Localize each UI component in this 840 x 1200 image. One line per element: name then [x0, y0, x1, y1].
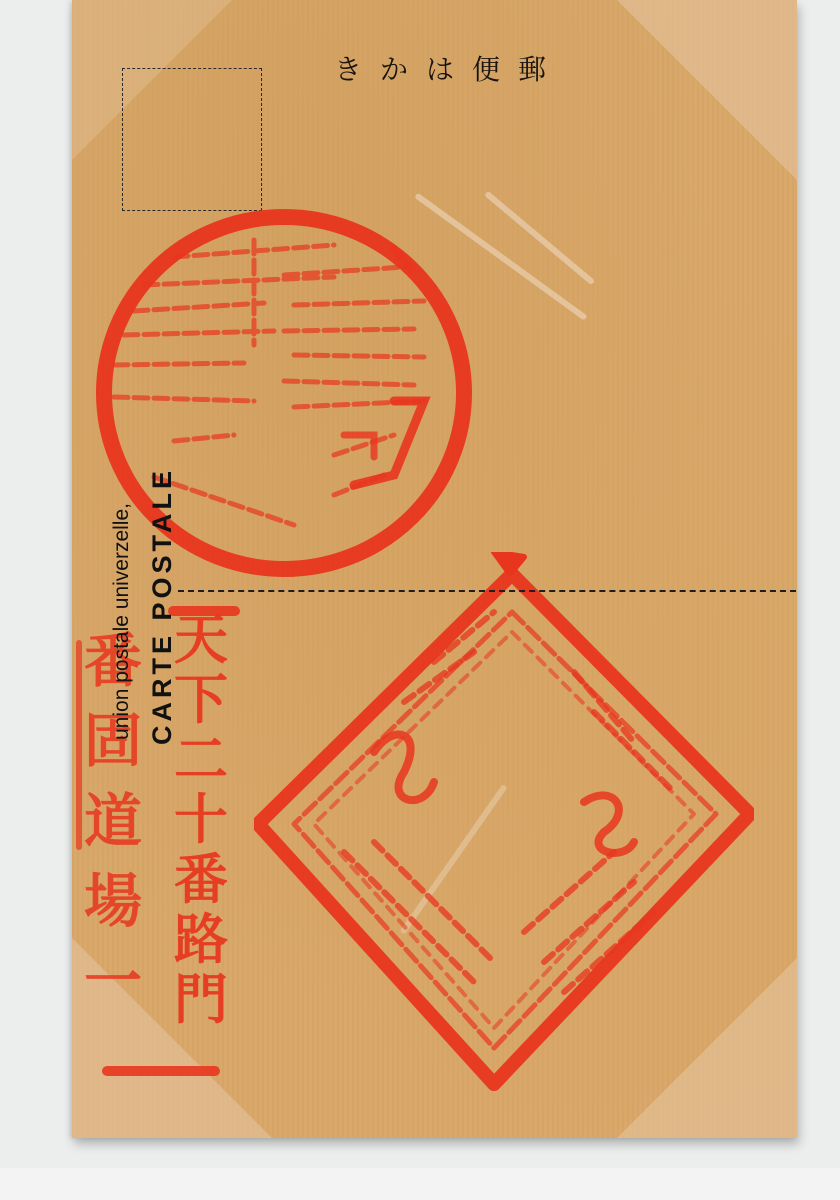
- corner-protector: [617, 0, 797, 180]
- seal-character: 二: [174, 732, 228, 786]
- postcard-title: きかは便郵: [334, 48, 564, 88]
- seal-character: 十: [174, 792, 228, 846]
- background-strip: [0, 1168, 840, 1200]
- seal-border-left: [76, 640, 82, 850]
- glare-streak: [484, 191, 595, 286]
- diamond-seal-icon: [254, 552, 754, 1092]
- seal-character: 路: [174, 912, 228, 966]
- seal-character: 門: [174, 972, 228, 1026]
- seal-bar: [168, 606, 240, 616]
- postcard: きかは便郵: [72, 0, 797, 1138]
- seal-bar: [102, 1066, 220, 1076]
- carte-postale-text: CARTE POSTALE: [147, 467, 178, 745]
- stamp-box: [122, 68, 262, 211]
- seal-column-right: 天 下 二 十 番 路 門: [174, 612, 228, 1026]
- union-postale-text: union postale univerzelle,: [110, 503, 134, 740]
- seal-character: 一: [84, 952, 142, 1010]
- seal-character: 道: [84, 792, 142, 850]
- seal-character: 下: [174, 672, 228, 726]
- seal-character: 場: [84, 872, 142, 930]
- seal-character: 番: [174, 852, 228, 906]
- seal-character: 天: [174, 612, 228, 666]
- address-divider: [178, 590, 796, 592]
